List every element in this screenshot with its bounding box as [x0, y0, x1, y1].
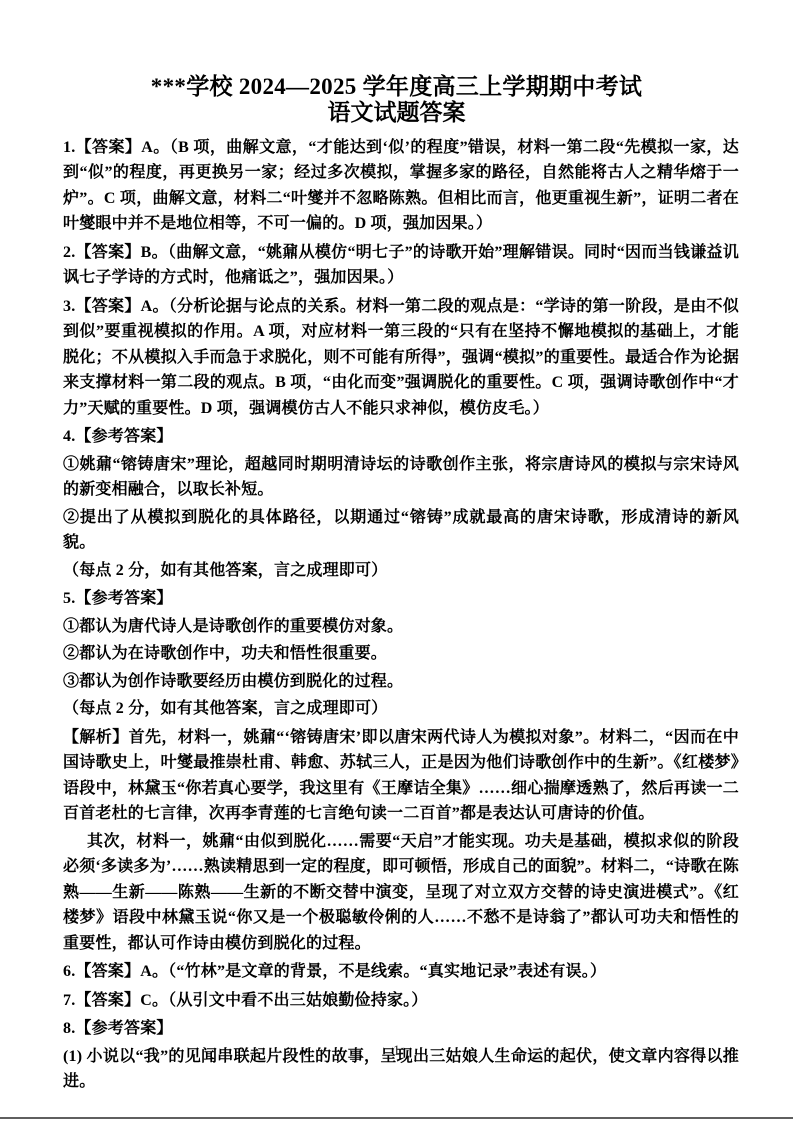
exam-subtitle: 语文试题答案 [0, 100, 793, 126]
exam-title: ***学校 2024—2025 学年度高三上学期期中考试 [0, 74, 793, 100]
answer-5-point-3: ③都认为创作诗歌要经历由模仿到脱化的过程。 [63, 669, 739, 695]
answer-2: 2.【答案】B。（曲解文意，“姚鼐从模仿“明七子”的诗歌开始”理解错误。同时“因… [63, 240, 739, 291]
analysis-paragraph-1: 【解析】首先，材料一，姚鼐“‘镕铸唐宋’即以唐宋两代诗人为模拟对象”。材料二，“… [63, 725, 739, 827]
answer-4-scoring-note: （每点 2 分，如有其他答案，言之成理即可） [63, 558, 739, 584]
answer-4-point-2: ②提出了从模拟到脱化的具体路径，以期通过“镕铸”成就最高的唐宋诗歌，形成清诗的新… [63, 505, 739, 556]
answer-4-point-1: ①姚鼐“镕铸唐宋”理论，超越同时期明清诗坛的诗歌创作主张，将宗唐诗风的模拟与宗宋… [63, 452, 739, 503]
analysis-paragraph-2: 其次，材料一，姚鼐“由似到脱化……需要“天启”才能实现。功夫是基础，模拟求似的阶… [63, 829, 739, 957]
document-page: ***学校 2024—2025 学年度高三上学期期中考试 语文试题答案 1.【答… [0, 0, 793, 1122]
answer-1: 1.【答案】A。（B 项，曲解文意，“才能达到‘似’的程度”错误，材料一第二段“… [63, 135, 739, 237]
answer-5-header: 5.【参考答案】 [63, 586, 739, 612]
answer-8-header: 8.【参考答案】 [63, 1016, 739, 1042]
answer-5-scoring-note: （每点 2 分，如有其他答案，言之成理即可） [63, 696, 739, 722]
scan-edge-artifact [0, 1117, 793, 1119]
answer-5-point-1: ①都认为唐代诗人是诗歌创作的重要模仿对象。 [63, 614, 739, 640]
answers-body: 1.【答案】A。（B 项，曲解文意，“才能达到‘似’的程度”错误，材料一第二段“… [0, 126, 793, 1095]
answer-6: 6.【答案】A。（“竹林”是文章的背景，不是线索。“真实地记录”表述有误。） [63, 959, 739, 985]
answer-7: 7.【答案】C。（从引文中看不出三姑娘勤俭持家。） [63, 988, 739, 1014]
answer-5-point-2: ②都认为在诗歌创作中，功夫和悟性很重要。 [63, 641, 739, 667]
answer-3: 3.【答案】A。（分析论据与论点的关系。材料一第二段的观点是：“学诗的第一阶段，… [63, 294, 739, 422]
document-title-block: ***学校 2024—2025 学年度高三上学期期中考试 语文试题答案 [0, 0, 793, 126]
answer-4-header: 4.【参考答案】 [63, 424, 739, 450]
page-number: 1 [0, 1043, 793, 1060]
